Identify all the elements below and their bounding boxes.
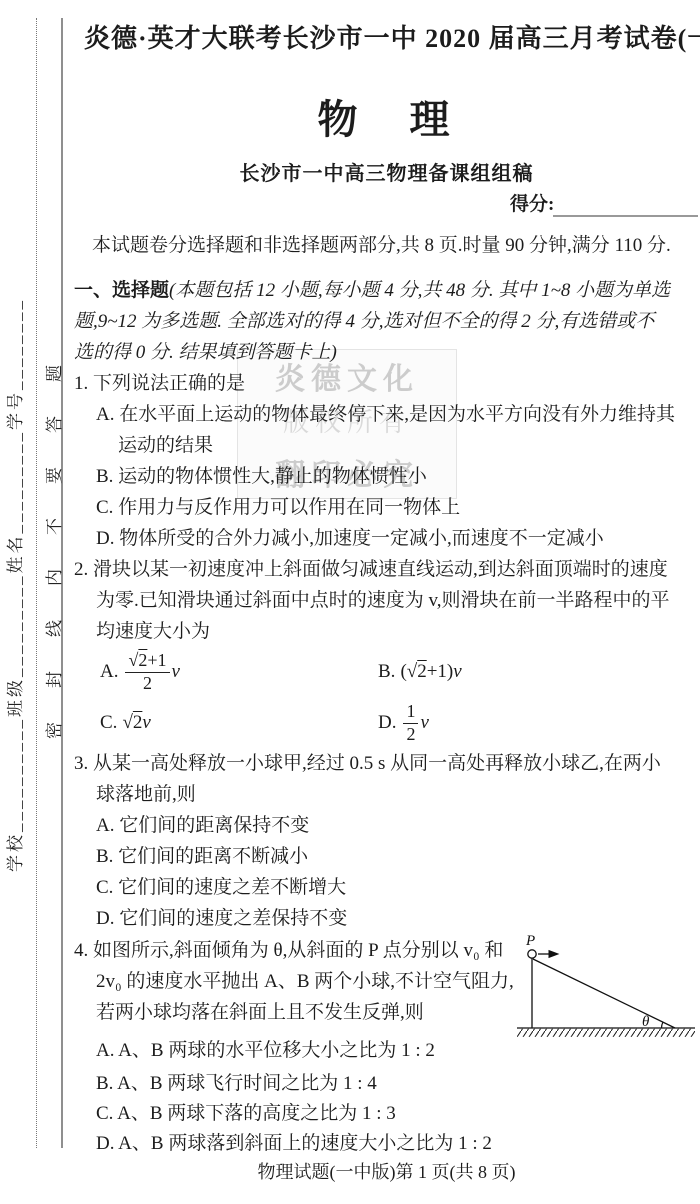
q1-stem: 1. 下列说法正确的是 xyxy=(74,371,245,397)
q1-option-d: D. 物体所受的合外力减小,加速度一定减小,而速度不一定减小 xyxy=(96,526,604,552)
q2-option-a-label: A. xyxy=(100,661,118,683)
q3-option-b: B. 它们间的距离不断减小 xyxy=(96,844,308,870)
section-desc-3: 选的得 0 分. 结果填到答题卡上) xyxy=(74,340,337,366)
exam-paper-page: 学校__________班级_________姓名_________学号____… xyxy=(0,0,700,1204)
q2-option-b-label: B. xyxy=(378,661,395,683)
q2-option-d: D. 1 2 v xyxy=(378,699,429,747)
q2-option-d-var: v xyxy=(420,712,428,734)
q2-option-a-var: v xyxy=(172,661,180,683)
velocity-arrow-head xyxy=(549,951,558,958)
q2-option-d-label: D. xyxy=(378,712,396,734)
q1-option-a: A. 在水平面上运动的物体最终停下来,是因为水平方向没有外力维持其 xyxy=(96,402,675,428)
score-blank-line xyxy=(553,193,698,217)
q4-option-b: B. A、B 两球飞行时间之比为 1 : 4 xyxy=(96,1071,377,1097)
paper-subtitle: 长沙市一中高三物理备课组组稿 xyxy=(75,157,698,186)
q2-option-a: A. √2+1 2 v xyxy=(100,648,180,696)
q4-option-a: A. A、B 两球的水平位移大小之比为 1 : 2 xyxy=(96,1038,435,1064)
q4-incline-figure: P θ xyxy=(515,932,700,1037)
q3-option-a: A. 它们间的距离保持不变 xyxy=(96,813,309,839)
theta-label: θ xyxy=(642,1014,650,1030)
ball-circle xyxy=(528,950,536,958)
section-desc-2: 题,9~12 为多选题. 全部选对的得 4 分,选对但不全的得 2 分,有选错或… xyxy=(74,309,654,335)
q2-option-c: C. √2v xyxy=(100,699,151,747)
q4-option-d: D. A、B 两球落到斜面上的速度大小之比为 1 : 2 xyxy=(96,1131,492,1157)
q2-option-a-fraction: √2+1 2 xyxy=(125,651,169,693)
q3-option-d: D. 它们间的速度之差保持不变 xyxy=(96,906,347,932)
q3-stem-line-1: 3. 从某一高处释放一小球甲,经过 0.5 s 从同一高处再释放小球乙,在两小 xyxy=(74,751,661,777)
angle-arc xyxy=(662,1022,663,1028)
score-label: 得分: xyxy=(510,192,554,218)
q2-option-c-expr: √2v xyxy=(122,712,150,734)
section-desc-1: (本题包括 12 小题,每小题 4 分,共 48 分. 其中 1~8 小题为单选 xyxy=(169,280,670,301)
q2-option-b-expr: (√2+1)v xyxy=(400,661,461,683)
paper-title: 物 理 xyxy=(75,88,698,145)
q2-option-b: B. (√2+1)v xyxy=(378,648,462,696)
point-p-label: P xyxy=(525,933,535,949)
q2-option-c-label: C. xyxy=(100,712,117,734)
q1-option-b: B. 运动的物体惯性大,静止的物体惯性小 xyxy=(96,464,427,490)
q2-option-d-fraction: 1 2 xyxy=(403,702,418,744)
section-heading-line-1: 一、选择题(本题包括 12 小题,每小题 4 分,共 48 分. 其中 1~8 … xyxy=(74,278,670,304)
ground-hatching xyxy=(517,1029,695,1037)
q2-stem-line-1: 2. 滑块以某一初速度冲上斜面做匀减速直线运动,到达斜面顶端时的速度 xyxy=(74,557,668,583)
q1-option-c: C. 作用力与反作用力可以作用在同一物体上 xyxy=(96,495,460,521)
q4-stem-line-1: 4. 如图所示,斜面倾角为 θ,从斜面的 P 点分别以 v₀ 和 xyxy=(74,938,503,964)
q2-stem-line-2: 为零.已知滑块通过斜面中点时的速度为 v,则滑块在前一半路程中的平 xyxy=(96,588,670,614)
page-footer: 物理试题(一中版)第 1 页(共 8 页) xyxy=(75,1158,698,1184)
exam-header-title: 炎德·英才大联考长沙市一中 2020 届高三月考试卷(一) xyxy=(84,26,700,52)
incline-hypotenuse xyxy=(533,959,675,1028)
q4-stem-line-2: 2v₀ 的速度水平抛出 A、B 两个小球,不计空气阻力, xyxy=(96,969,514,995)
seal-dotted-line xyxy=(36,18,37,1148)
q2-stem-line-3: 均速度大小为 xyxy=(96,619,210,645)
seal-warning-text: 密封线内不要答题 xyxy=(40,305,64,765)
student-info-fields: 学校__________班级_________姓名_________学号____… xyxy=(1,105,31,1065)
q3-option-c: C. 它们间的速度之差不断增大 xyxy=(96,875,346,901)
q4-stem-line-3: 若两小球均落在斜面上且不发生反弹,则 xyxy=(96,1000,424,1026)
q1-option-a-cont: 运动的结果 xyxy=(118,433,213,459)
q4-option-c: C. A、B 两球下落的高度之比为 1 : 3 xyxy=(96,1101,396,1127)
q3-stem-line-2: 球落地前,则 xyxy=(96,782,196,808)
section-title: 一、选择题 xyxy=(74,280,169,301)
paper-intro: 本试题卷分选择题和非选择题两部分,共 8 页.时量 90 分钟,满分 110 分… xyxy=(92,233,671,259)
